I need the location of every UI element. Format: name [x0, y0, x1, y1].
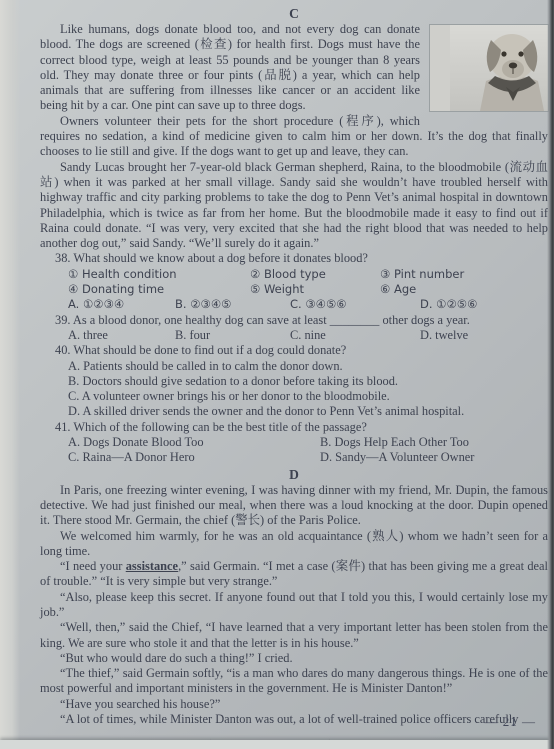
item-5: ⑤ Weight	[250, 282, 380, 297]
question-38-items-row-2: ④ Donating time ⑤ Weight ⑥ Age	[40, 282, 548, 297]
passage-c-paragraph-1: Like humans, dogs donate blood too, and …	[40, 22, 548, 114]
question-40: 40. What should be done to find out if a…	[40, 343, 548, 419]
passage-d-paragraph-8: “Have you searched his house?”	[40, 697, 548, 712]
page-number: — 21 —	[485, 714, 537, 730]
option-a: A. ①②③④	[68, 297, 175, 312]
answer-blank: ________	[330, 313, 380, 327]
option-d: D. A skilled driver sends the owner and …	[40, 404, 548, 419]
option-c: C. ③④⑤⑥	[290, 297, 420, 312]
item-3: ③ Pint number	[380, 267, 548, 282]
item-4: ④ Donating time	[68, 282, 250, 297]
passage-c-paragraph-2: Owners volunteer their pets for the shor…	[40, 114, 548, 160]
page-right-edge	[547, 0, 554, 749]
question-41-stem: 41. Which of the following can be the be…	[40, 420, 548, 435]
passage-d-paragraph-6: “But who would dare do such a thing!” I …	[40, 651, 548, 666]
passage-d-paragraph-1: In Paris, one freezing winter evening, I…	[40, 483, 548, 529]
question-41-options-row-2: C. Raina—A Donor Hero D. Sandy—A Volunte…	[40, 450, 548, 465]
option-a: A. Patients should be called in to calm …	[40, 359, 548, 374]
option-a: A. Dogs Donate Blood Too	[68, 435, 320, 450]
option-b: B. four	[175, 328, 290, 343]
question-41-options-row-1: A. Dogs Donate Blood Too B. Dogs Help Ea…	[40, 435, 548, 450]
dialog-pre: “I need your	[60, 559, 126, 573]
question-38-stem: 38. What should we know about a dog befo…	[40, 251, 548, 266]
question-39-options: A. three B. four C. nine D. twelve	[40, 328, 548, 343]
passage-d-paragraph-3: “I need your assistance,” said Germain. …	[40, 559, 548, 590]
scanned-test-page: C Like humans, dogs	[0, 0, 554, 749]
question-38: 38. What should we know about a dog befo…	[40, 251, 548, 312]
option-c: C. A volunteer owner brings his or her d…	[40, 389, 548, 404]
option-a: A. three	[68, 328, 175, 343]
option-b: B. Dogs Help Each Other Too	[320, 435, 548, 450]
question-38-options: A. ①②③④ B. ②③④⑤ C. ③④⑤⑥ D. ①②⑤⑥	[40, 297, 548, 312]
section-c-header: C	[40, 6, 548, 21]
passage-d-paragraph-9: “A lot of times, while Minister Danton w…	[40, 712, 548, 727]
passage-c-paragraph-3: Sandy Lucas brought her 7-year-old black…	[40, 160, 548, 252]
passage-c-text-1: Like humans, dogs donate blood too, and …	[40, 22, 420, 112]
item-2: ② Blood type	[250, 267, 380, 282]
passage-d-paragraph-5: “Well, then,” said the Chief, “I have le…	[40, 620, 548, 651]
item-1: ① Health condition	[68, 267, 250, 282]
pages-bottom-edge	[0, 740, 554, 749]
dog-photo	[430, 25, 548, 111]
question-41: 41. Which of the following can be the be…	[40, 420, 548, 466]
passage-d-paragraph-2: We welcomed him warmly, for he was an ol…	[40, 529, 548, 560]
option-d: D. ①②⑤⑥	[420, 297, 548, 312]
passage-d-paragraph-7: “The thief,” said Germain softly, “is a …	[40, 666, 548, 697]
question-39-stem: 39. As a blood donor, one healthy dog ca…	[40, 313, 548, 328]
stem-text-pre: 39. As a blood donor, one healthy dog ca…	[55, 313, 330, 327]
page-left-edge	[0, 0, 20, 749]
question-39: 39. As a blood donor, one healthy dog ca…	[40, 313, 548, 344]
question-40-stem: 40. What should be done to find out if a…	[40, 343, 548, 358]
passage-d-paragraph-4: “Also, please keep this secret. If anyon…	[40, 590, 548, 621]
option-d: D. Sandy—A Volunteer Owner	[320, 450, 548, 465]
option-c: C. nine	[290, 328, 420, 343]
item-6: ⑥ Age	[380, 282, 548, 297]
option-b: B. ②③④⑤	[175, 297, 290, 312]
vocabulary-word-assistance: assistance	[126, 559, 178, 573]
page-content: C Like humans, dogs	[40, 5, 548, 727]
section-d-header: D	[40, 467, 548, 482]
option-b: B. Doctors should give sedation to a don…	[40, 374, 548, 389]
option-c: C. Raina—A Donor Hero	[68, 450, 320, 465]
stem-text-post: other dogs a year.	[379, 313, 470, 327]
question-38-items-row-1: ① Health condition ② Blood type ③ Pint n…	[40, 267, 548, 282]
option-d: D. twelve	[420, 328, 548, 343]
